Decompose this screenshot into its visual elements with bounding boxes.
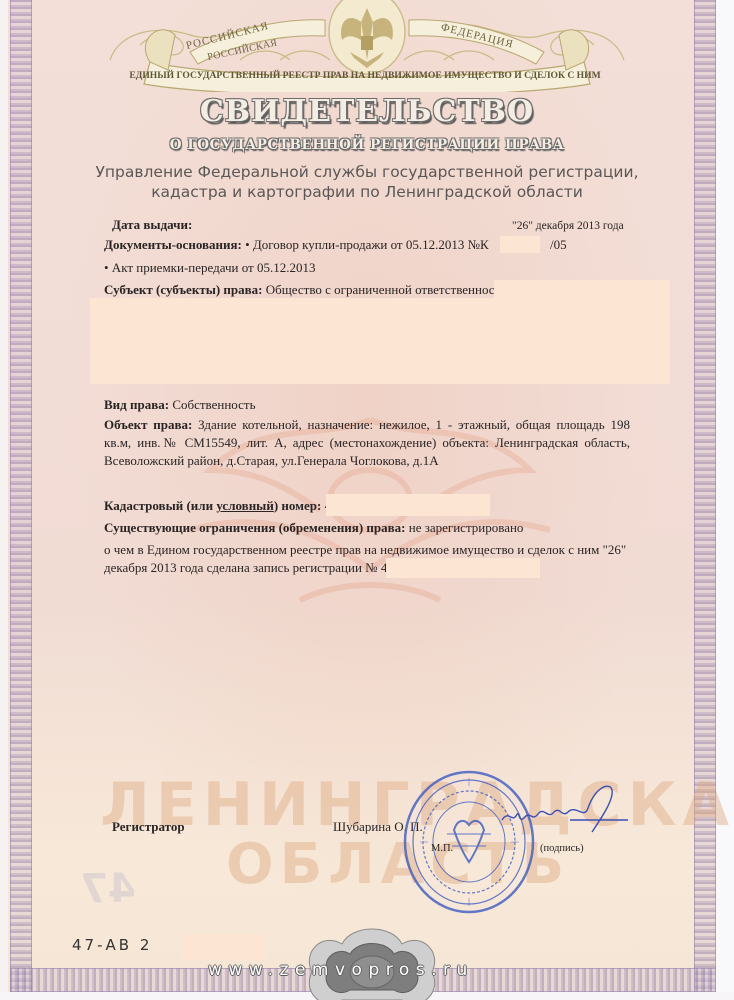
redaction-cadastral-number bbox=[326, 494, 490, 516]
restrictions-label: Существующие ограничения (обременения) п… bbox=[104, 520, 405, 535]
subject-value: Общество с ограниченной ответственностью bbox=[266, 282, 516, 297]
signature-placeholder-label: (подпись) bbox=[540, 840, 584, 857]
website-watermark: www.zemvopros.ru bbox=[208, 960, 474, 980]
cadastral-label-suffix: ) номер: bbox=[274, 498, 322, 513]
issue-date-label: Дата выдачи: bbox=[112, 216, 192, 233]
documents-label: Документы-основания: bbox=[104, 237, 242, 252]
subject-row: Субъект (субъекты) права: Общество с огр… bbox=[104, 281, 516, 298]
redaction-contract-number bbox=[500, 236, 540, 253]
registrar-role: Регистратор bbox=[112, 818, 185, 835]
object-label: Объект права: bbox=[104, 417, 192, 432]
cadastral-label-prefix: Кадастровый (или bbox=[104, 498, 216, 513]
redaction-record-number bbox=[386, 558, 540, 578]
authority-line-2: кадастра и картографии по Ленинградской … bbox=[0, 182, 734, 202]
issuing-authority: Управление Федеральной службы государств… bbox=[0, 162, 734, 202]
right-type-label: Вид права: bbox=[104, 397, 169, 412]
cadastral-label-underlined: условный bbox=[216, 498, 274, 513]
redaction-subject-tail bbox=[494, 280, 670, 298]
documents-item-1-suffix: /05 bbox=[550, 236, 567, 253]
form-serial-number: 47-АВ 2 bbox=[72, 936, 152, 954]
right-type-value: Собственность bbox=[172, 397, 255, 412]
subject-label: Субъект (субъекты) права: bbox=[104, 282, 263, 297]
authority-line-1: Управление Федеральной службы государств… bbox=[0, 162, 734, 182]
issue-date-value: "26" декабря 2013 года bbox=[512, 218, 624, 235]
ribbon-bottom-text: ЕДИНЫЙ ГОСУДАРСТВЕННЫЙ РЕЕСТР ПРАВ НА НЕ… bbox=[112, 70, 618, 81]
stamp-placeholder-label: М.П. bbox=[431, 840, 453, 857]
documents-item-2: • Акт приемки-передачи от 05.12.2013 bbox=[104, 259, 315, 276]
redaction-serial-number bbox=[182, 934, 266, 960]
object-row: Объект права: Здание котельной, назначен… bbox=[104, 416, 630, 470]
right-type-row: Вид права: Собственность bbox=[104, 396, 256, 413]
mirrored-region-code: 47 bbox=[80, 866, 136, 912]
restrictions-row: Существующие ограничения (обременения) п… bbox=[104, 519, 523, 536]
cadastral-row: Кадастровый (или условный) номер: 47- bbox=[104, 497, 342, 514]
redaction-subject-name bbox=[90, 298, 670, 384]
record-line-1: о чем в Едином государственном реестре п… bbox=[104, 541, 626, 558]
record-line-2: декабря 2013 года сделана запись регистр… bbox=[104, 559, 405, 576]
certificate-title: СВИДЕТЕЛЬСТВО bbox=[0, 94, 734, 129]
signature-icon bbox=[500, 780, 630, 840]
documents-row: Документы-основания: • Договор купли-про… bbox=[104, 236, 489, 253]
documents-item-1: • Договор купли-продажи от 05.12.2013 №К bbox=[245, 237, 489, 252]
restrictions-value: не зарегистрировано bbox=[409, 520, 524, 535]
certificate-subtitle: О ГОСУДАРСТВЕННОЙ РЕГИСТРАЦИИ ПРАВА bbox=[0, 137, 734, 153]
